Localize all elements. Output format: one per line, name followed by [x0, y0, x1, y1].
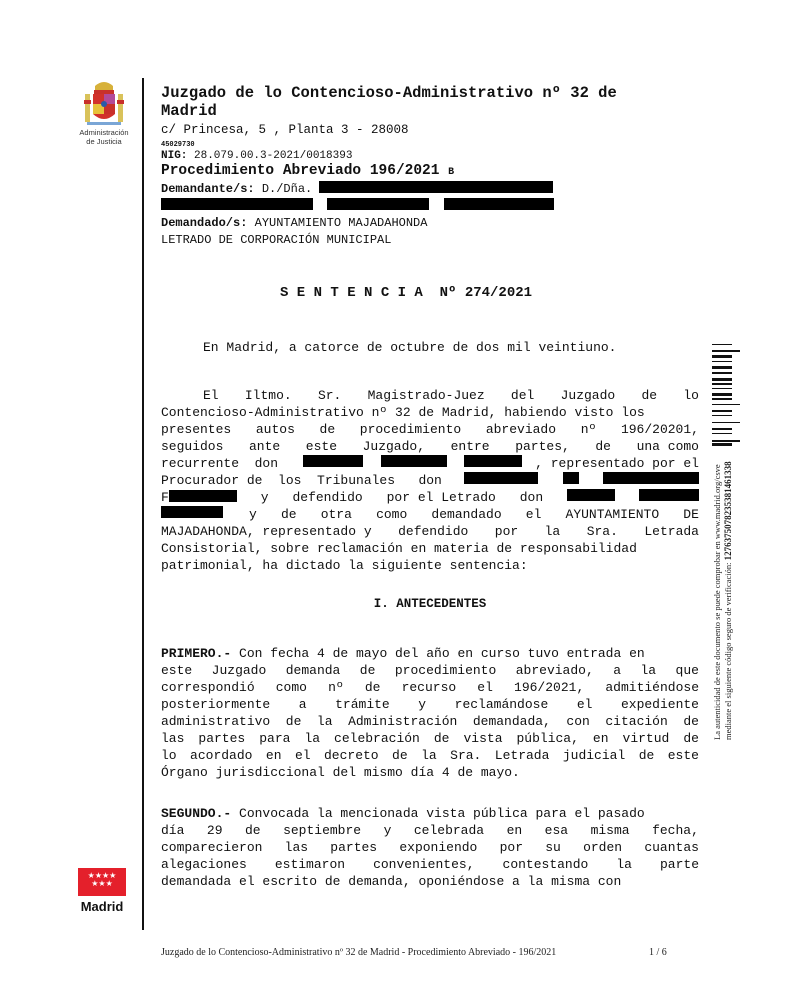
defendant-line-2: LETRADO DE CORPORACIÓN MUNICIPAL	[161, 232, 701, 249]
sentence-title: S E N T E N C I A Nº 274/2021	[280, 285, 532, 301]
paragraph-line: administrativodelaAdministracióndemandad…	[161, 713, 699, 730]
intro-line-1: ElIltmo.Sr.Magistrado-JuezdelJuzgadodelo	[161, 387, 699, 404]
intro-line-5: recurrente don , representado por el	[161, 455, 699, 472]
intro-line-10: Consistorial, sobre reclamación en mater…	[161, 540, 699, 557]
paragraph-line: comparecieronlaspartesexponiendoporsuord…	[161, 839, 699, 856]
redaction	[563, 472, 579, 484]
paragraph-line: posteriormenteatrámiteyreclamándoseelexp…	[161, 696, 699, 713]
paragraph-line: loacordadoeneldecretodelaSra.Letradajudi…	[161, 747, 699, 764]
madrid-community-flag-icon: ★★★★ ★★★	[78, 868, 126, 896]
segundo-line-1: SEGUNDO.- Convocada la mencionada vista …	[161, 805, 699, 822]
csv-code: 1276375078235381461338	[723, 461, 733, 560]
court-code: 45029730	[161, 141, 701, 150]
nig-value: 28.079.00.3-2021/0018393	[187, 150, 352, 162]
primero-paragraph: PRIMERO.- Con fecha 4 de mayo del año en…	[161, 645, 699, 781]
procedure-section: B	[448, 167, 454, 178]
intro-paragraph: ElIltmo.Sr.Magistrado-JuezdelJuzgadodelo…	[161, 387, 699, 574]
document-header: Juzgado de lo Contencioso-Administrativo…	[161, 84, 701, 249]
redaction	[161, 506, 223, 518]
redaction	[444, 198, 554, 210]
nig-label: NIG:	[161, 150, 187, 162]
spain-coat-of-arms-icon	[82, 78, 126, 128]
verification-line-2: mediante el siguiente código seguro de v…	[723, 461, 734, 740]
redaction	[464, 455, 522, 467]
intro-line-8: ydeotracomodemandadoelAYUNTAMIENTODE	[161, 506, 699, 523]
comunidad-madrid-logo: ★★★★ ★★★ Madrid	[78, 868, 128, 914]
date-line: En Madrid, a catorce de octubre de dos m…	[161, 339, 699, 356]
paragraph-line: esteJuzgadodemandadeprocedimientoabrevia…	[161, 662, 699, 679]
court-address: c/ Princesa, 5 , Planta 3 - 28008	[161, 122, 701, 138]
footer-text: Juzgado de lo Contencioso-Administrativo…	[161, 947, 556, 958]
paragraph-line: correspondiócomonºderecursoel196/2021,ad…	[161, 679, 699, 696]
redaction	[567, 489, 615, 501]
barcode	[712, 342, 742, 447]
logo-caption-line2: de Justicia	[72, 138, 136, 146]
verification-line-1: La autenticidad de este documento se pue…	[712, 461, 723, 740]
intro-line-3: presentesautosdeprocedimientoabreviadonº…	[161, 421, 699, 438]
redaction	[319, 181, 553, 193]
page-footer: Juzgado de lo Contencioso-Administrativo…	[161, 947, 556, 958]
plaintiff-value: D./Dña.	[255, 182, 313, 196]
procedure-number: Procedimiento Abreviado 196/2021	[161, 163, 439, 179]
court-name-line2: Madrid	[161, 102, 701, 120]
administracion-justicia-logo: Administración de Justicia	[72, 78, 136, 154]
paragraph-line: alegacionesestimaronconvenientes,contest…	[161, 856, 699, 873]
intro-line-4: seguidosanteesteJuzgado,entrepartes,deun…	[161, 438, 699, 455]
court-name-line1: Juzgado de lo Contencioso-Administrativo…	[161, 84, 701, 102]
plaintiff-label: Demandante/s:	[161, 182, 255, 196]
redaction	[303, 455, 363, 467]
defendant-line: Demandado/s: AYUNTAMIENTO MAJADAHONDA	[161, 215, 701, 232]
nig-line: NIG: 28.079.00.3-2021/0018393	[161, 150, 701, 162]
madrid-logo-label: Madrid	[78, 899, 126, 914]
primero-label: PRIMERO.-	[161, 646, 231, 661]
segundo-paragraph: SEGUNDO.- Convocada la mencionada vista …	[161, 805, 699, 890]
segundo-label: SEGUNDO.-	[161, 806, 231, 821]
paragraph-line: laspartesparalacelebracióndevistapública…	[161, 730, 699, 747]
intro-line-7: F y defendido por el Letrado don	[161, 489, 699, 506]
redaction	[327, 198, 429, 210]
intro-line-2: Contencioso-Administrativo nº 32 de Madr…	[161, 404, 699, 421]
paragraph-line: demandada el escrito de demanda, oponién…	[161, 873, 699, 890]
redaction	[603, 472, 699, 484]
plaintiff-line-2	[161, 198, 701, 215]
page-number: 1 / 6	[649, 947, 667, 958]
defendant-label: Demandado/s:	[161, 216, 247, 230]
redaction	[639, 489, 699, 501]
redaction	[381, 455, 447, 467]
redaction	[169, 490, 237, 502]
procedure-title: Procedimiento Abreviado 196/2021 B	[161, 163, 701, 181]
redaction	[161, 198, 313, 210]
margin-rule	[142, 78, 144, 930]
section-heading-antecedentes: I. ANTECEDENTES	[161, 597, 699, 611]
intro-line-11: patrimonial, ha dictado la siguiente sen…	[161, 557, 699, 574]
intro-line-6: Procurador de los Tribunales don	[161, 472, 699, 489]
logo-caption-line1: Administración	[72, 129, 136, 137]
plaintiff-line: Demandante/s: D./Dña.	[161, 181, 701, 198]
redaction	[464, 472, 538, 484]
verification-notice: La autenticidad de este documento se pue…	[712, 461, 734, 740]
paragraph-line: Órgano jurisdiccional del mismo día 4 de…	[161, 764, 699, 781]
intro-line-9: MAJADAHONDA, representado ydefendidoporl…	[161, 523, 699, 540]
primero-line-1: PRIMERO.- Con fecha 4 de mayo del año en…	[161, 645, 699, 662]
document-page: Administración de Justicia Juzgado de lo…	[0, 0, 792, 1000]
paragraph-line: día29deseptiembreycelebradaenesamismafec…	[161, 822, 699, 839]
defendant-value: AYUNTAMIENTO MAJADAHONDA	[247, 216, 427, 230]
